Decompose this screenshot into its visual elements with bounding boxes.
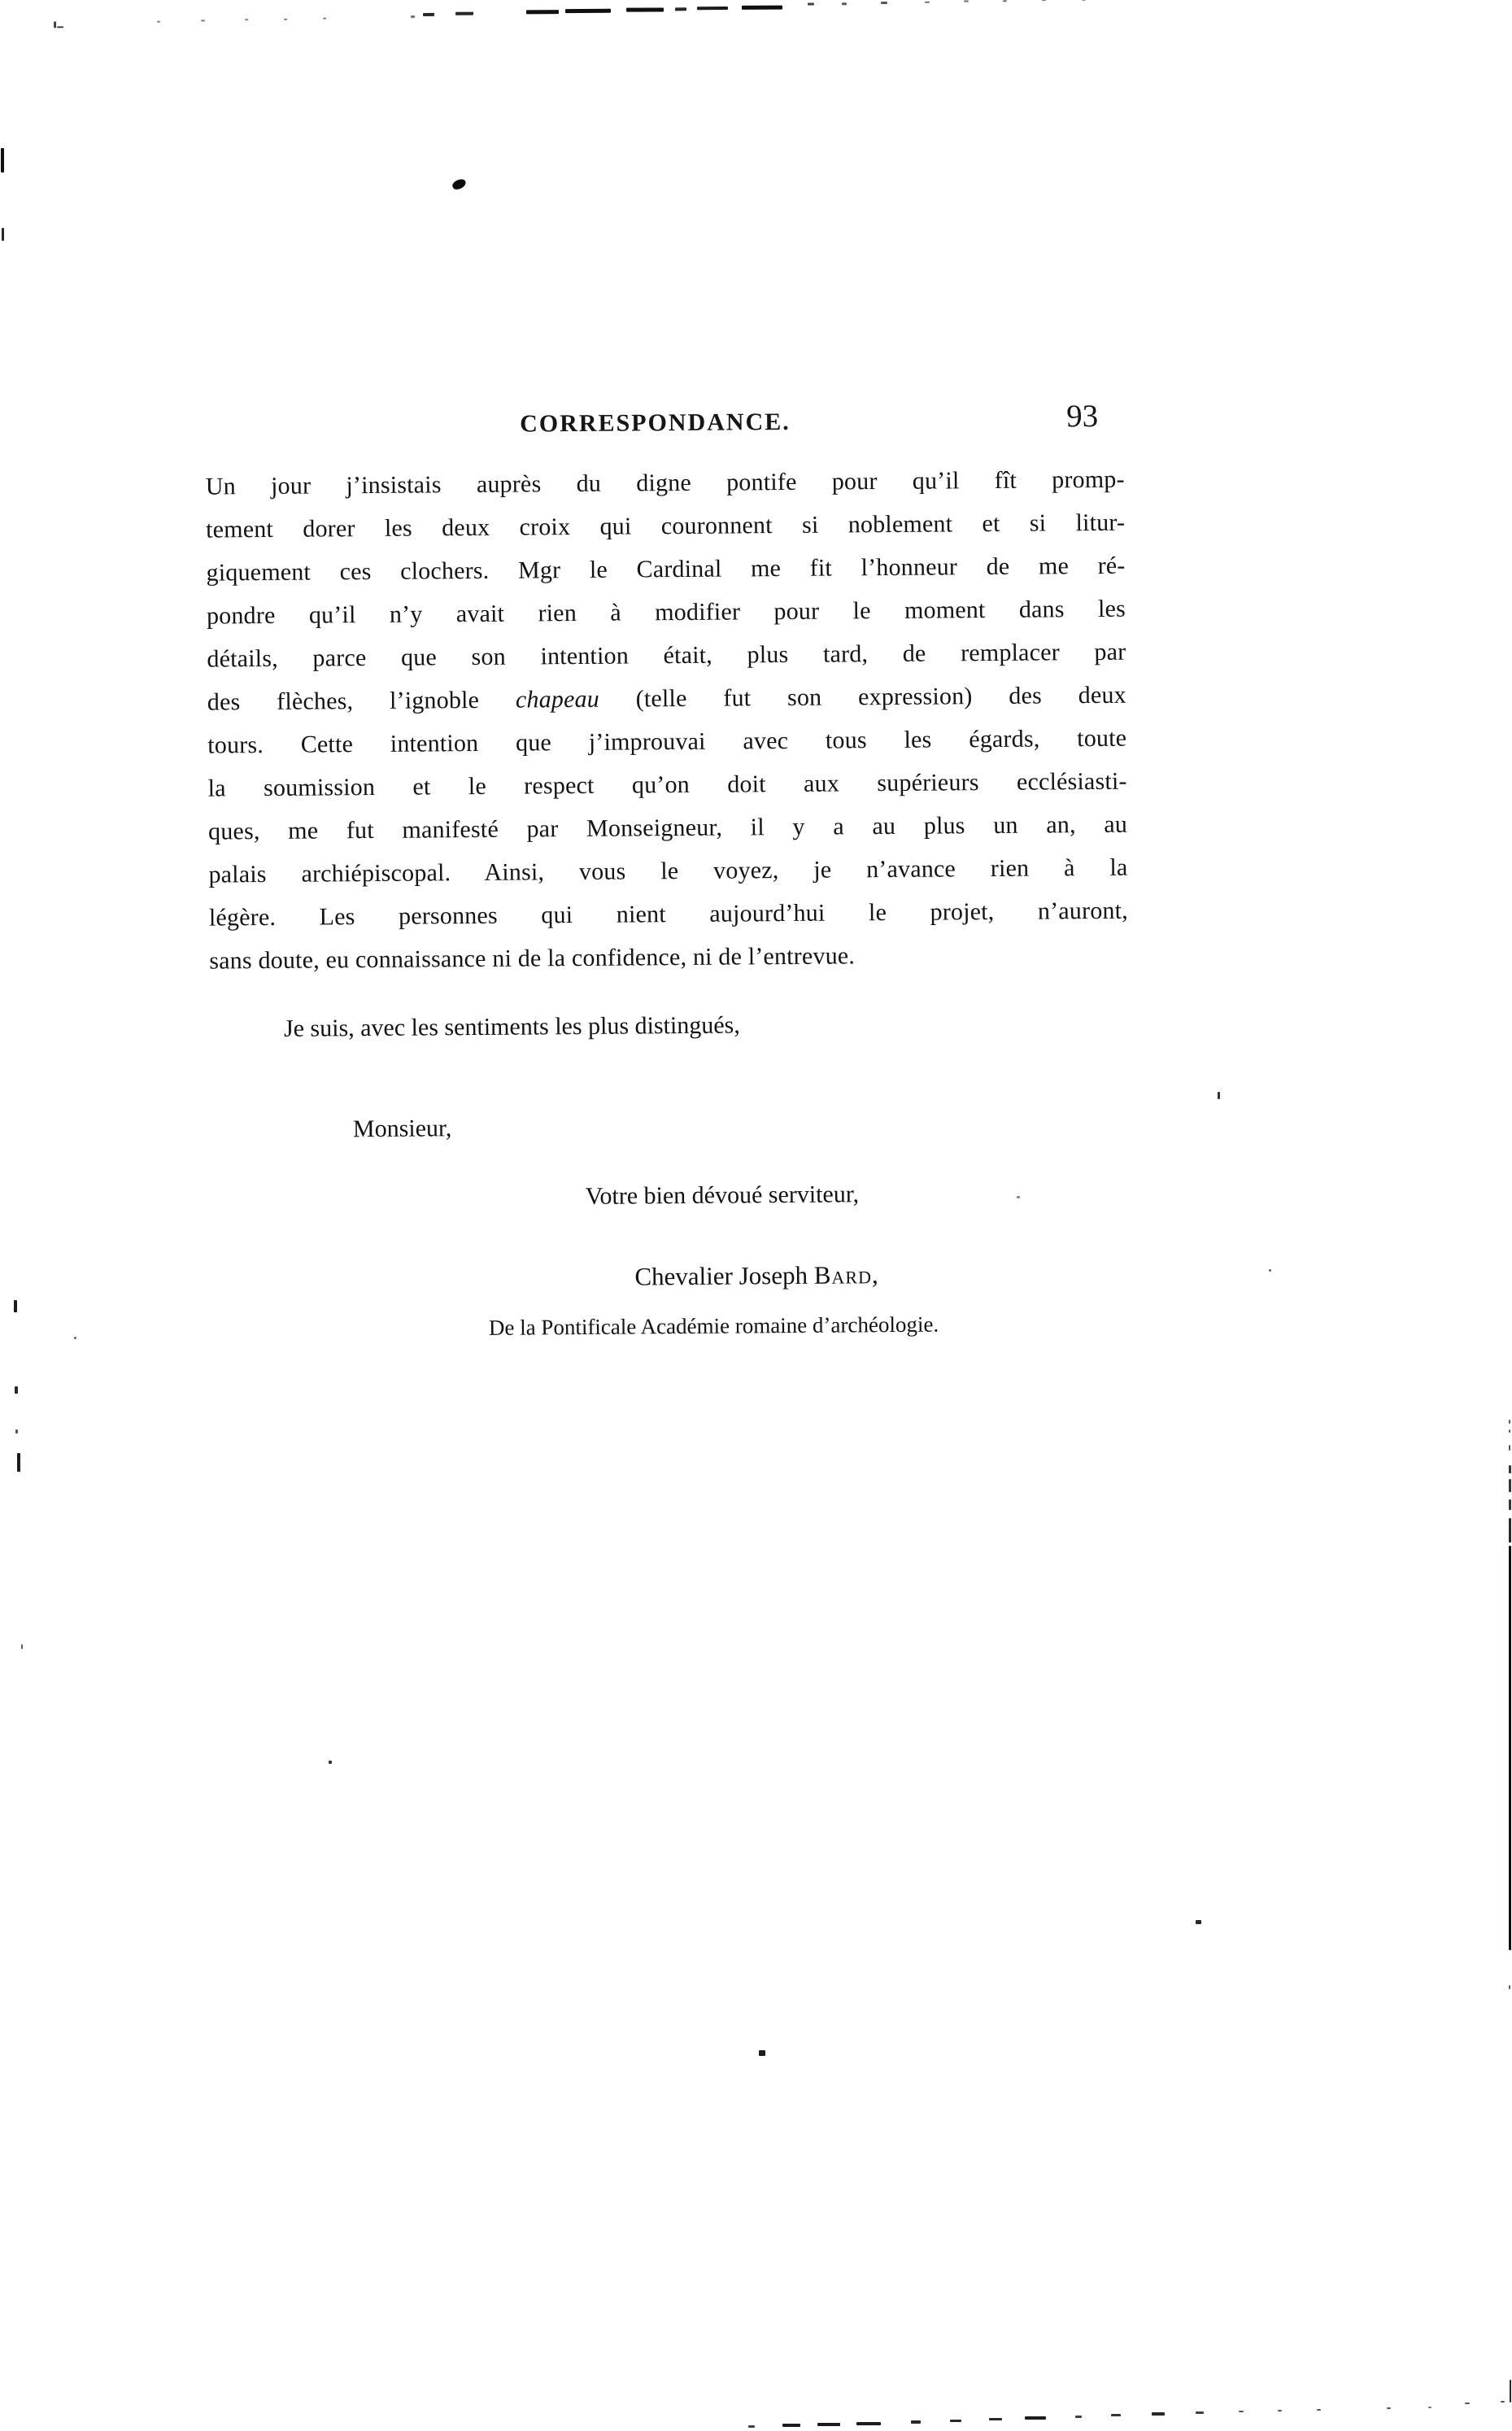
closing-salutation: Monsieur,	[353, 1115, 452, 1143]
running-head: CORRESPONDANCE.	[520, 408, 791, 439]
signature-prefix: Chevalier Joseph	[634, 1261, 814, 1291]
paragraph-line: palais archiépiscopal. Ainsi, vous le vo…	[208, 846, 1127, 897]
page-content: CORRESPONDANCE. 93 Un jour j’insistais a…	[0, 0, 1512, 2431]
paragraph-line: tours. Cette intention que j’improuvai a…	[207, 717, 1126, 767]
signature-line: Chevalier Joseph Bard,	[634, 1260, 878, 1291]
closing-valediction: Je suis, avec les sentiments les plus di…	[284, 1011, 740, 1042]
signature-affiliation: De la Pontificale Académie romaine d’arc…	[489, 1312, 939, 1341]
paragraph-line: la soumission et le respect qu’on doit a…	[207, 760, 1126, 810]
paragraph-line: détails, parce que son intention était, …	[207, 631, 1126, 681]
paragraph-line: légère. Les personnes qui nient aujourd’…	[209, 889, 1128, 940]
paragraph-line: ques, me fut manifesté par Monseigneur, …	[208, 803, 1127, 853]
paragraph-line: Un jour j’insistais auprès du digne pont…	[206, 458, 1125, 508]
paragraph-line: des flèches, l’ignoble chapeau (telle fu…	[207, 674, 1126, 724]
paragraph-line: pondre qu’il n’y avait rien à modifier p…	[207, 587, 1126, 638]
paragraph-line: tement dorer les deux croix qui couronne…	[206, 501, 1125, 552]
signature-surname: Bard	[814, 1260, 872, 1290]
page-number: 93	[1066, 398, 1098, 434]
letter-body: Un jour j’insistais auprès du digne pont…	[206, 458, 1129, 983]
paragraph-line: giquement ces clochers. Mgr le Cardinal …	[206, 544, 1125, 595]
closing-servant-line: Votre bien dévoué serviteur,	[585, 1181, 859, 1211]
scanned-book-page: CORRESPONDANCE. 93 Un jour j’insistais a…	[0, 0, 1512, 2431]
paragraph-line: sans doute, eu connaissance ni de la con…	[209, 932, 1128, 983]
signature-suffix: ,	[872, 1260, 878, 1289]
